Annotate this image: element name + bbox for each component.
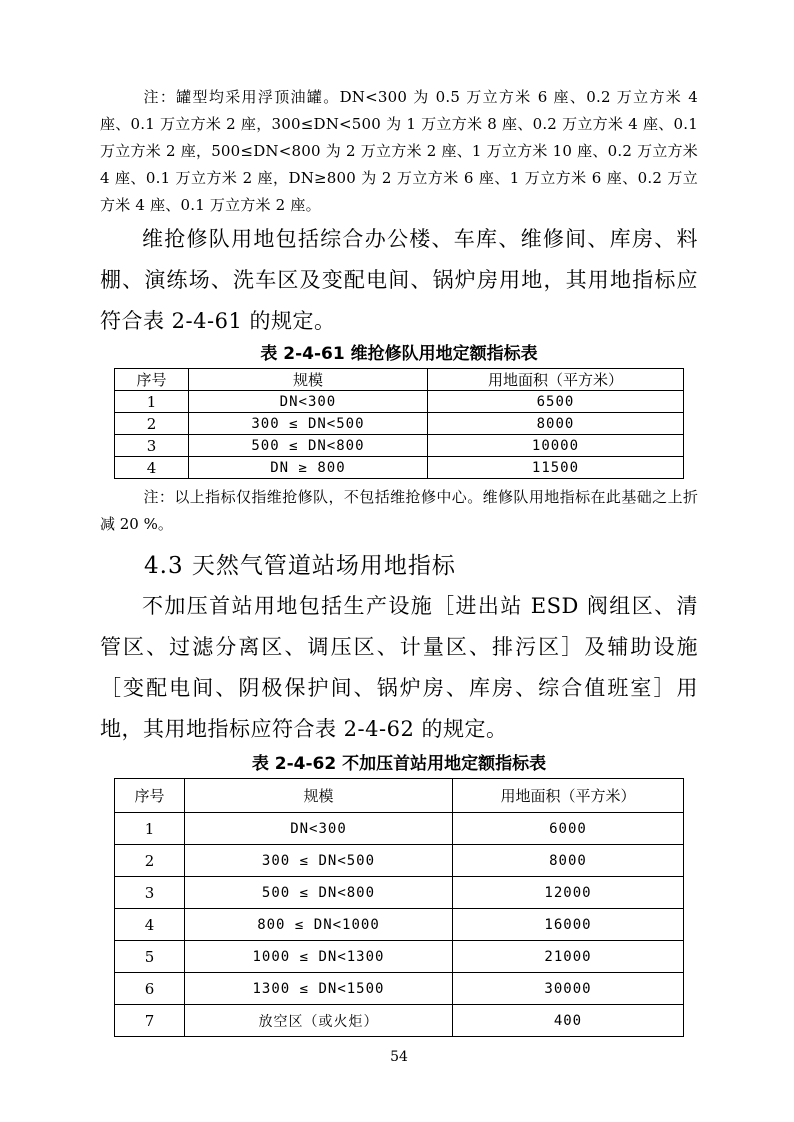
cell-area: 400 [452,1005,683,1037]
cell-area: 6500 [427,391,683,413]
section-heading-4-3: 4.3 天然气管道站场用地指标 [100,551,698,581]
maintenance-team-paragraph: 维抢修队用地包括综合办公楼、车库、维修间、库房、料棚、演练场、洗车区及变配电间、… [100,219,698,342]
table-row: 7 放空区（或火炬） 400 [115,1005,684,1037]
cell-index: 3 [115,435,189,457]
first-station-quota-table: 序号 规模 用地面积（平方米） 1 DN<300 6000 2 300 ≤ DN… [114,778,684,1037]
first-station-paragraph: 不加压首站用地包括生产设施［进出站 ESD 阀组区、清管区、过滤分离区、调压区、… [100,586,698,750]
table-2-4-61-title: 表 2-4-61 维抢修队用地定额指标表 [100,343,698,365]
cell-area: 30000 [452,973,683,1005]
cell-index: 2 [115,413,189,435]
maintenance-team-quota-table: 序号 规模 用地面积（平方米） 1 DN<300 6500 2 300 ≤ DN… [114,368,684,479]
col-header-area: 用地面积（平方米） [452,779,683,813]
document-page: 注：罐型均采用浮顶油罐。DN<300 为 0.5 万立方米 6 座、0.2 万立… [0,0,794,1122]
cell-area: 6000 [452,813,683,845]
cell-index: 5 [115,941,185,973]
table-row: 2 300 ≤ DN<500 8000 [115,845,684,877]
cell-area: 16000 [452,909,683,941]
cell-index: 7 [115,1005,185,1037]
table-row: 3 500 ≤ DN<800 12000 [115,877,684,909]
cell-index: 3 [115,877,185,909]
table-header-row: 序号 规模 用地面积（平方米） [115,779,684,813]
col-header-index: 序号 [115,369,189,391]
table-row: 2 300 ≤ DN<500 8000 [115,413,684,435]
cell-index: 1 [115,391,189,413]
table-row: 1 DN<300 6500 [115,391,684,413]
table-row: 3 500 ≤ DN<800 10000 [115,435,684,457]
cell-index: 6 [115,973,185,1005]
cell-area: 12000 [452,877,683,909]
page-number: 54 [100,1049,698,1065]
cell-index: 4 [115,457,189,479]
cell-index: 2 [115,845,185,877]
cell-scale: 300 ≤ DN<500 [184,845,452,877]
table-2-4-62-title: 表 2-4-62 不加压首站用地定额指标表 [100,753,698,775]
table-row: 4 DN ≥ 800 11500 [115,457,684,479]
cell-scale: 1000 ≤ DN<1300 [184,941,452,973]
table-2-4-61-note: 注：以上指标仅指维抢修队，不包括维抢修中心。维修队用地指标在此基础之上折减 20… [100,484,698,538]
table-row: 4 800 ≤ DN<1000 16000 [115,909,684,941]
cell-index: 1 [115,813,185,845]
cell-scale: 放空区（或火炬） [184,1005,452,1037]
table-row: 6 1300 ≤ DN<1500 30000 [115,973,684,1005]
col-header-scale: 规模 [184,779,452,813]
cell-scale: 1300 ≤ DN<1500 [184,973,452,1005]
cell-area: 8000 [452,845,683,877]
cell-scale: 300 ≤ DN<500 [188,413,427,435]
cell-area: 10000 [427,435,683,457]
cell-index: 4 [115,909,185,941]
table-row: 1 DN<300 6000 [115,813,684,845]
table-header-row: 序号 规模 用地面积（平方米） [115,369,684,391]
cell-scale: 500 ≤ DN<800 [184,877,452,909]
cell-scale: DN ≥ 800 [188,457,427,479]
tank-type-note: 注：罐型均采用浮顶油罐。DN<300 为 0.5 万立方米 6 座、0.2 万立… [100,84,698,219]
cell-scale: DN<300 [184,813,452,845]
cell-scale: 800 ≤ DN<1000 [184,909,452,941]
table-row: 5 1000 ≤ DN<1300 21000 [115,941,684,973]
col-header-index: 序号 [115,779,185,813]
cell-scale: DN<300 [188,391,427,413]
cell-area: 21000 [452,941,683,973]
cell-scale: 500 ≤ DN<800 [188,435,427,457]
col-header-scale: 规模 [188,369,427,391]
cell-area: 8000 [427,413,683,435]
cell-area: 11500 [427,457,683,479]
col-header-area: 用地面积（平方米） [427,369,683,391]
